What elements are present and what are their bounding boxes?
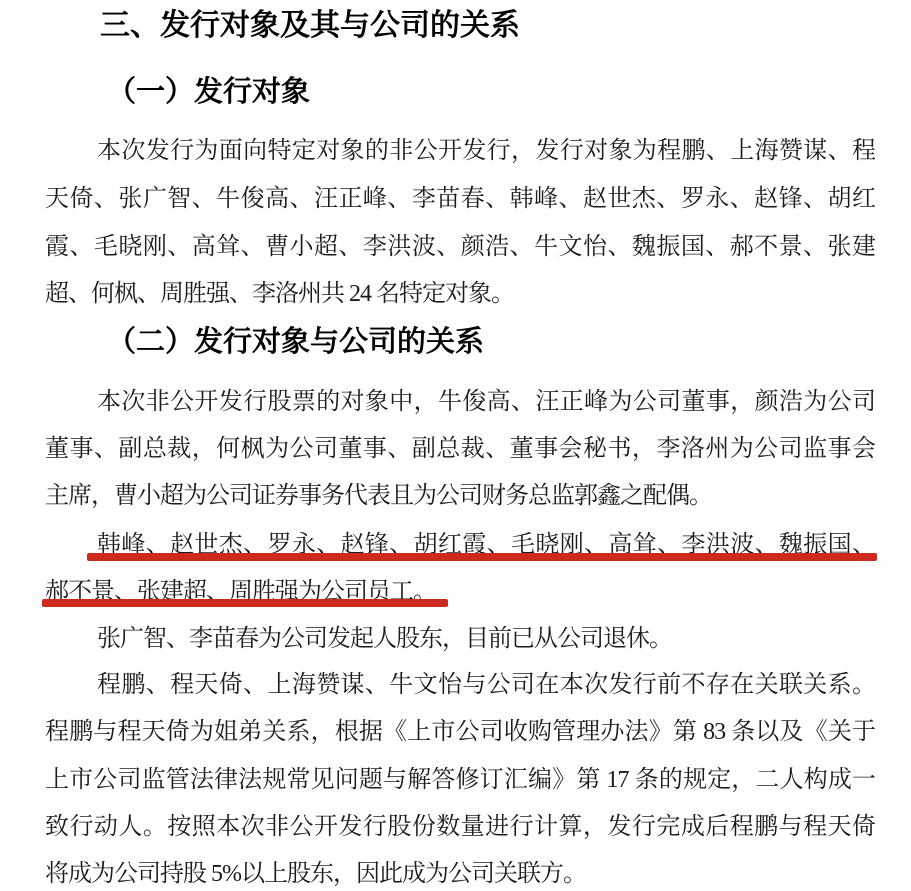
text-line: 超、何枫、周胜强、李洛州共 24 名特定对象。 [45, 273, 875, 317]
underlined-text-line: 韩峰、赵世杰、罗永、赵锋、胡红霞、毛晓刚、高耸、李洪波、魏振国、 [45, 524, 875, 568]
text-line: 将成为公司持股 5%以上股东，因此成为公司关联方。 [45, 853, 875, 891]
document-page: 三、发行对象及其与公司的关系 （一）发行对象 本次发行为面向特定对象的非公开发行… [0, 0, 911, 891]
text-line: 程鹏、程天倚、上海赞谋、牛文怡与公司在本次发行前不存在关联关系。 [45, 664, 875, 708]
text-line: 主席，曹小超为公司证券事务代表且为公司财务总监郭鑫之配偶。 [45, 475, 875, 519]
text-line: 本次发行为面向特定对象的非公开发行，发行对象为程鹏、上海赞谋、程 [45, 130, 875, 174]
red-underline [42, 599, 448, 607]
subsection-1-heading: （一）发行对象 [107, 72, 310, 112]
underlined-text-line: 郝不景、张建超、周胜强为公司员工。 [45, 571, 875, 615]
text-line: 致行动人。按照本次非公开发行股份数量进行计算，发行完成后程鹏与程天倚 [45, 806, 875, 850]
text-line: 本次非公开发行股票的对象中，牛俊高、汪正峰为公司董事，颜浩为公司 [45, 381, 875, 425]
text-line: 董事、副总裁，何枫为公司董事、副总裁、董事会秘书，李洛州为公司监事会 [45, 428, 875, 472]
text-line: 张广智、李苗春为公司发起人股东，目前已从公司退休。 [45, 618, 875, 662]
section-heading: 三、发行对象及其与公司的关系 [100, 6, 520, 46]
text-line: 程鹏与程天倚为姐弟关系，根据《上市公司收购管理办法》第 83 条以及《关于 [45, 711, 875, 755]
text-line: 霞、毛晓刚、高耸、曹小超、李洪波、颜浩、牛文怡、魏振国、郝不景、张建 [45, 226, 875, 270]
text-line: 上市公司监管法律法规常见问题与解答修订汇编》第 17 条的规定，二人构成一 [45, 759, 875, 803]
red-underline [87, 553, 877, 561]
subsection-2-heading: （二）发行对象与公司的关系 [107, 322, 484, 362]
text-line: 天倚、张广智、牛俊高、汪正峰、李苗春、韩峰、赵世杰、罗永、赵锋、胡红 [45, 178, 875, 222]
